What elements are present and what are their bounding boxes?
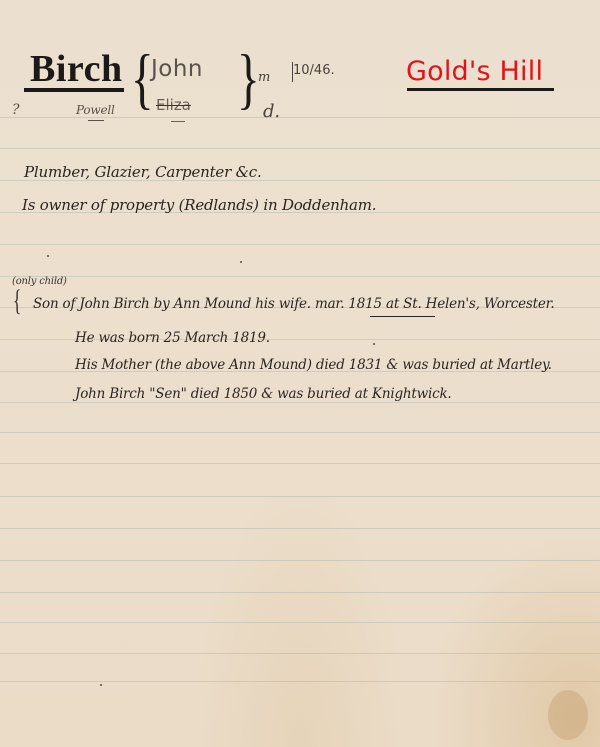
father-death-line: John Birch "Sen" died 1850 & was buried … bbox=[75, 386, 452, 402]
died-mark: d. bbox=[263, 101, 280, 122]
ruled-line bbox=[0, 117, 600, 118]
query-mark: ? bbox=[12, 102, 19, 118]
ruled-line bbox=[0, 244, 600, 245]
ruled-line bbox=[0, 592, 600, 593]
ruled-line bbox=[0, 622, 600, 623]
alias-underline bbox=[88, 120, 104, 121]
ruled-line bbox=[0, 276, 600, 277]
surname-underline bbox=[24, 88, 124, 92]
mother-death-line: His Mother (the above Ann Mound) died 18… bbox=[75, 357, 552, 373]
alias-name: Powell bbox=[76, 103, 115, 117]
place-name: Gold's Hill bbox=[406, 56, 543, 87]
paper-stain bbox=[548, 690, 588, 740]
ruled-line bbox=[0, 432, 600, 433]
forename-struck: Eliza bbox=[156, 96, 191, 114]
parentage-line: Son of John Birch by Ann Mound his wife.… bbox=[33, 296, 555, 312]
ruled-line bbox=[0, 681, 600, 682]
occupation-line: Plumber, Glazier, Carpenter &c. bbox=[24, 163, 262, 181]
married-date: 10/46. bbox=[293, 63, 335, 78]
ink-speck bbox=[373, 343, 375, 345]
ruled-line bbox=[0, 402, 600, 403]
ledger-page: Birch { John Eliza } m 10/46. d. ? Powel… bbox=[0, 0, 600, 747]
ruled-line bbox=[0, 560, 600, 561]
ruled-line bbox=[0, 148, 600, 149]
ruled-line bbox=[0, 463, 600, 464]
surname: Birch bbox=[30, 50, 123, 88]
place-underline bbox=[407, 88, 554, 91]
birth-line: He was born 25 March 1819. bbox=[75, 330, 270, 346]
note-brace: { bbox=[13, 284, 22, 318]
property-line: Is owner of property (Redlands) in Dodde… bbox=[22, 196, 376, 214]
marriage-underline bbox=[370, 316, 435, 317]
ruled-line bbox=[0, 528, 600, 529]
ink-speck bbox=[240, 261, 242, 263]
forename-underline bbox=[171, 121, 185, 122]
ruled-line bbox=[0, 653, 600, 654]
forename-primary: John bbox=[151, 56, 203, 82]
ink-speck bbox=[47, 255, 49, 257]
ruled-line bbox=[0, 496, 600, 497]
married-mark: m bbox=[258, 70, 270, 85]
right-brace: } bbox=[237, 44, 260, 112]
ink-speck bbox=[100, 684, 102, 686]
